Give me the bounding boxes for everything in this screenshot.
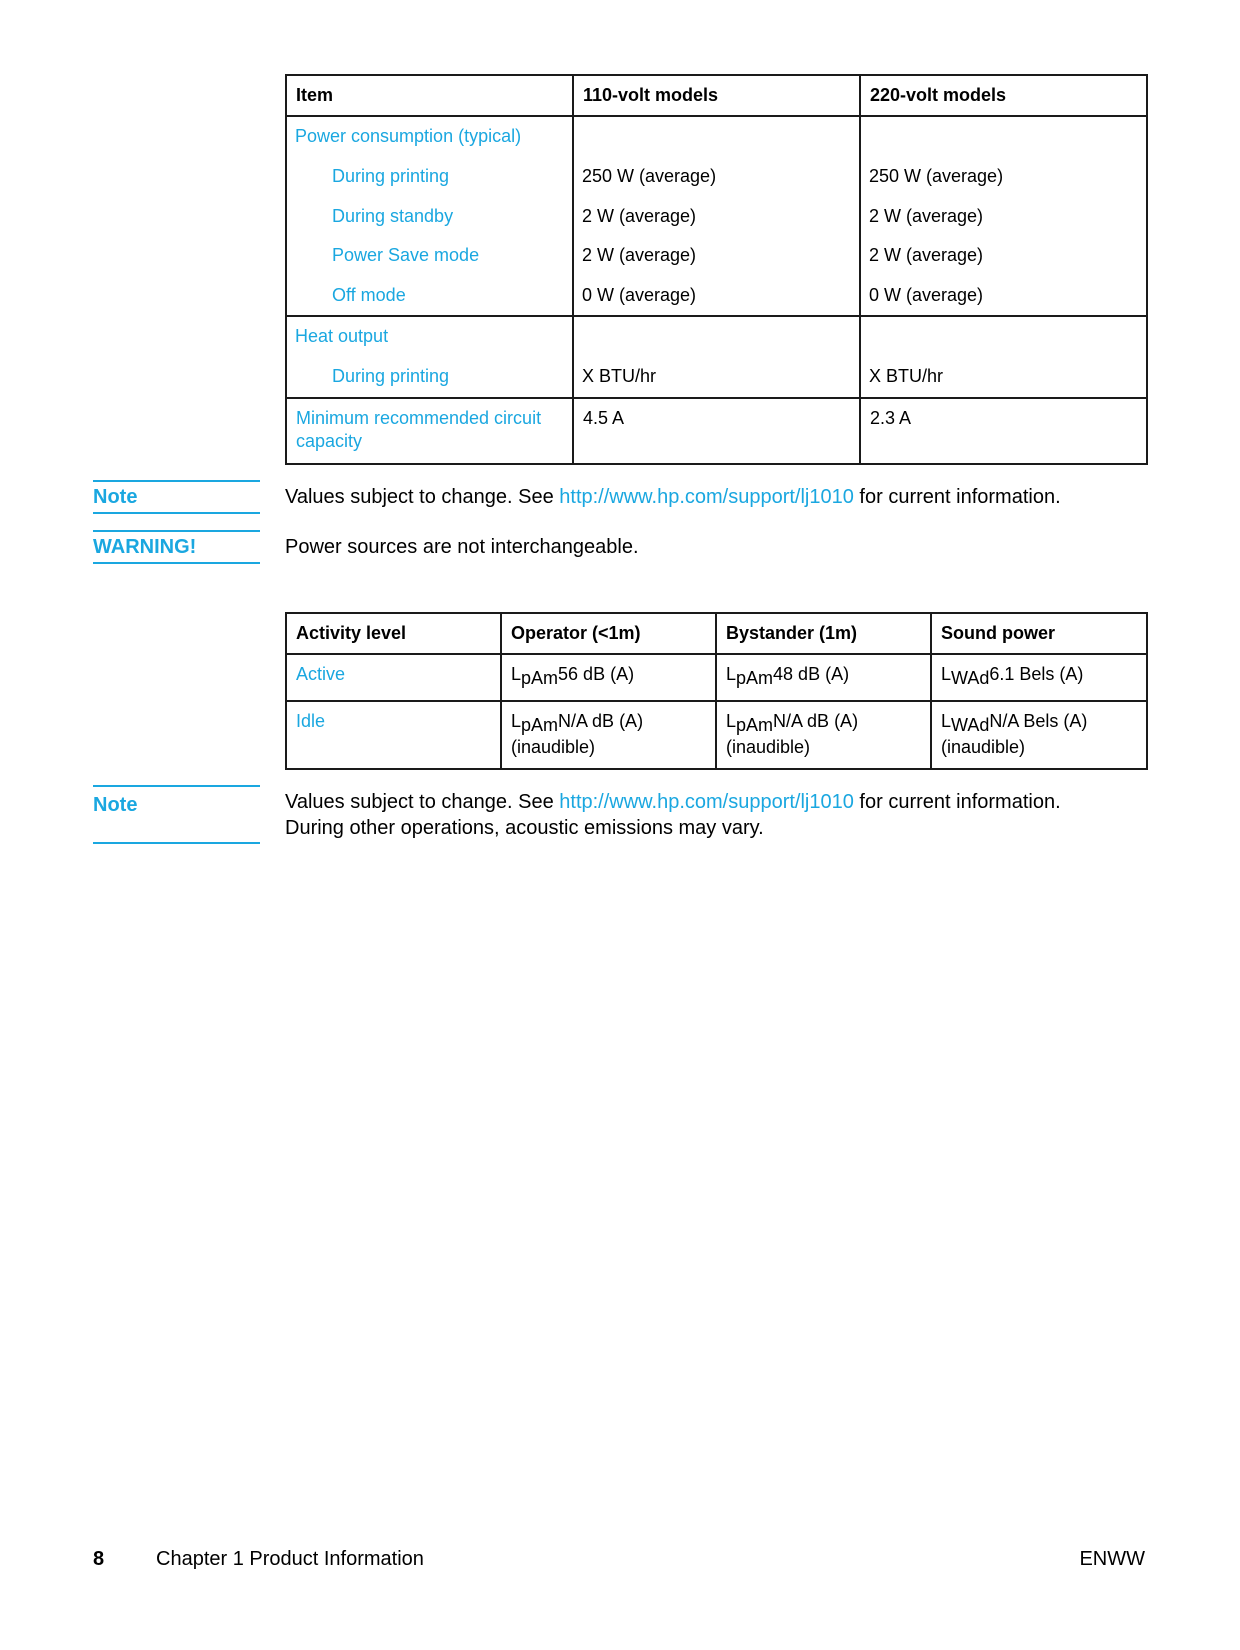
activity-level-link[interactable]: Active [286, 654, 501, 701]
power-consumption-group: Power consumption (typical) During print… [286, 116, 1147, 316]
page-number: 8 [93, 1548, 104, 1571]
cell-value: 2.3 A [860, 398, 1147, 464]
row-label-link[interactable]: Minimum recommended circuit capacity [286, 398, 573, 464]
cell-value: X BTU/hr [869, 357, 1138, 397]
note-text: Values subject to change. See http://www… [285, 484, 1061, 510]
cell-value: LpAmN/A dB (A)(inaudible) [716, 701, 931, 769]
row-label-link[interactable]: During printing [295, 357, 564, 397]
row-label-link[interactable]: Power Save mode [295, 236, 564, 276]
activity-level-link[interactable]: Idle [286, 701, 501, 769]
column-header: Item [286, 75, 573, 116]
cell-value: LpAm48 dB (A) [716, 654, 931, 701]
cell-value: LpAmN/A dB (A)(inaudible) [501, 701, 716, 769]
warning-text: Power sources are not interchangeable. [285, 534, 639, 560]
acoustic-emissions-table: Activity level Operator (<1m) Bystander … [285, 612, 1148, 770]
column-header: 110-volt models [573, 75, 860, 116]
row-label-link[interactable]: During standby [295, 197, 564, 237]
cell-value: 250 W (average) [869, 157, 1138, 197]
table-header-row: Activity level Operator (<1m) Bystander … [286, 613, 1147, 654]
table-row: Idle LpAmN/A dB (A)(inaudible) LpAmN/A d… [286, 701, 1147, 769]
support-link[interactable]: http://www.hp.com/support/lj1010 [559, 791, 854, 813]
cell-value: 2 W (average) [869, 197, 1138, 237]
footer-right-label: ENWW [1079, 1548, 1145, 1571]
cell-value: 2 W (average) [582, 197, 851, 237]
note-label: Note [93, 482, 260, 512]
column-header: Operator (<1m) [501, 613, 716, 654]
cell-value: LWAdN/A Bels (A)(inaudible) [931, 701, 1147, 769]
column-header: Sound power [931, 613, 1147, 654]
divider [93, 842, 260, 844]
column-header: 220-volt models [860, 75, 1147, 116]
cell-value: 2 W (average) [869, 236, 1138, 276]
cell-value: 4.5 A [573, 398, 860, 464]
chapter-title: Chapter 1 Product Information [156, 1548, 424, 1571]
divider [93, 512, 260, 514]
column-header: Activity level [286, 613, 501, 654]
cell-value: X BTU/hr [582, 357, 851, 397]
warning-admonition: WARNING! [93, 530, 260, 564]
cell-value: LpAm56 dB (A) [501, 654, 716, 701]
table-header-row: Item 110-volt models 220-volt models [286, 75, 1147, 116]
cell-value: 2 W (average) [582, 236, 851, 276]
table-row: Active LpAm56 dB (A) LpAm48 dB (A) LWAd6… [286, 654, 1147, 701]
circuit-capacity-row: Minimum recommended circuit capacity 4.5… [286, 398, 1147, 464]
support-link[interactable]: http://www.hp.com/support/lj1010 [559, 486, 854, 508]
note-text: Values subject to change. See http://www… [285, 789, 1061, 841]
power-specifications-table: Item 110-volt models 220-volt models Pow… [285, 74, 1148, 465]
cell-value: 0 W (average) [869, 276, 1138, 316]
row-label-link[interactable]: Off mode [295, 276, 564, 316]
cell-value: 0 W (average) [582, 276, 851, 316]
group-title-link[interactable]: Power consumption (typical) [295, 117, 564, 157]
row-label-link[interactable]: During printing [295, 157, 564, 197]
divider [93, 562, 260, 564]
note-label: Note [93, 787, 260, 842]
cell-value: 250 W (average) [582, 157, 851, 197]
cell-value: LWAd6.1 Bels (A) [931, 654, 1147, 701]
note-admonition: Note [93, 785, 260, 844]
heat-output-group: Heat output During printing X BTU/hr X B… [286, 316, 1147, 398]
column-header: Bystander (1m) [716, 613, 931, 654]
group-title-link[interactable]: Heat output [295, 317, 564, 357]
note-admonition: Note [93, 480, 260, 514]
warning-label: WARNING! [93, 532, 260, 562]
